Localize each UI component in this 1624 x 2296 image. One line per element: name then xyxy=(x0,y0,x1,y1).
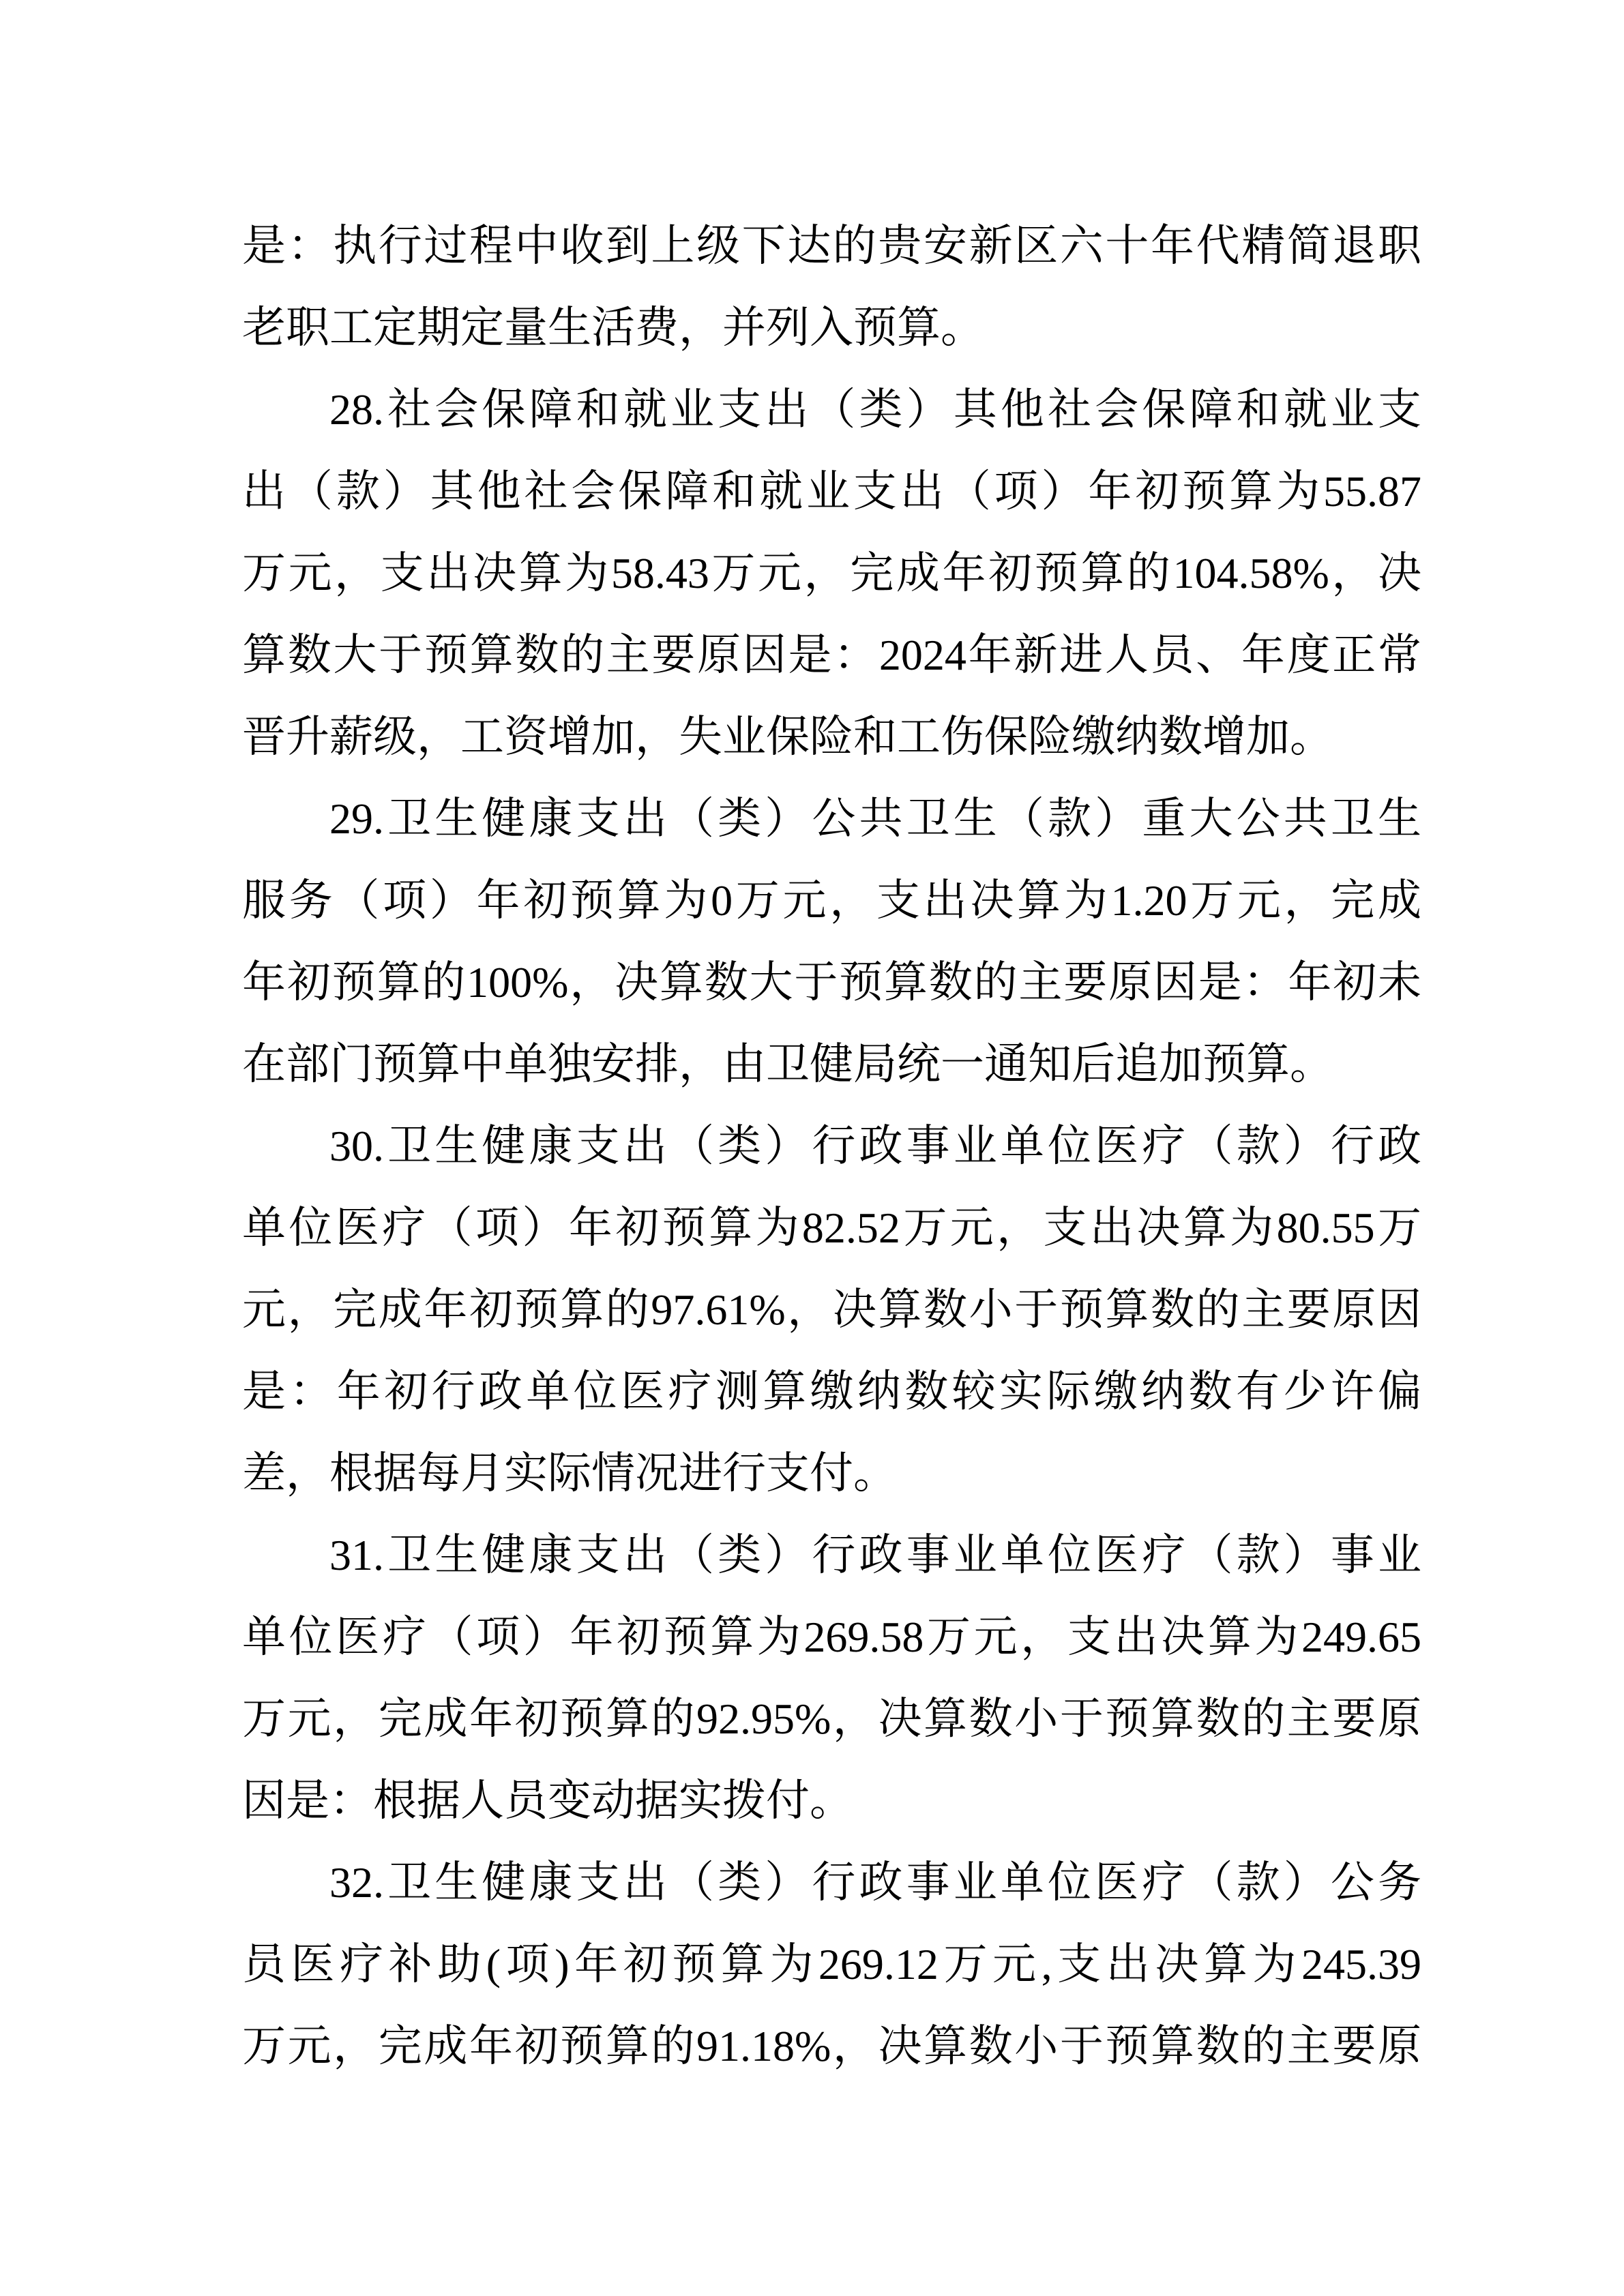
paragraph-31: 31.卫生健康支出（类）行政事业单位医疗（款）事业 单位医疗（项）年初预算为26… xyxy=(242,1515,1421,1842)
text-line: 老职工定期定量生活费，并列入预算。 xyxy=(242,287,1421,369)
text-line: 是：执行过程中收到上级下达的贵安新区六十年代精简退职 xyxy=(242,205,1421,287)
text-line: 29.卫生健康支出（类）公共卫生（款）重大公共卫生 xyxy=(242,778,1421,860)
text-line: 31.卫生健康支出（类）行政事业单位医疗（款）事业 xyxy=(242,1515,1421,1596)
paragraph-32: 32.卫生健康支出（类）行政事业单位医疗（款）公务 员医疗补助(项)年初预算为2… xyxy=(242,1842,1421,2087)
text-line: 因是：根据人员变动据实拨付。 xyxy=(242,1760,1421,1842)
text-line: 32.卫生健康支出（类）行政事业单位医疗（款）公务 xyxy=(242,1842,1421,1924)
text-line: 员医疗补助(项)年初预算为269.12万元,支出决算为245.39 xyxy=(242,1924,1421,2006)
text-line: 万元，支出决算为58.43万元，完成年初预算的104.58%，决 xyxy=(242,533,1421,614)
paragraph-27-continuation: 是：执行过程中收到上级下达的贵安新区六十年代精简退职 老职工定期定量生活费，并列… xyxy=(242,205,1421,369)
text-line: 单位医疗（项）年初预算为269.58万元，支出决算为249.65 xyxy=(242,1596,1421,1678)
text-line: 30.卫生健康支出（类）行政事业单位医疗（款）行政 xyxy=(242,1105,1421,1187)
page-text-block: 是：执行过程中收到上级下达的贵安新区六十年代精简退职 老职工定期定量生活费，并列… xyxy=(242,205,1421,2087)
text-line: 服务（项）年初预算为0万元，支出决算为1.20万元，完成 xyxy=(242,860,1421,942)
paragraph-28: 28.社会保障和就业支出（类）其他社会保障和就业支 出（款）其他社会保障和就业支… xyxy=(242,369,1421,778)
text-line: 出（款）其他社会保障和就业支出（项）年初预算为55.87 xyxy=(242,451,1421,533)
text-line: 晋升薪级，工资增加，失业保险和工伤保险缴纳数增加。 xyxy=(242,696,1421,778)
text-line: 差，根据每月实际情况进行支付。 xyxy=(242,1433,1421,1515)
text-line: 算数大于预算数的主要原因是：2024年新进人员、年度正常 xyxy=(242,614,1421,696)
text-line: 28.社会保障和就业支出（类）其他社会保障和就业支 xyxy=(242,369,1421,451)
paragraph-29: 29.卫生健康支出（类）公共卫生（款）重大公共卫生 服务（项）年初预算为0万元，… xyxy=(242,778,1421,1105)
paragraph-30: 30.卫生健康支出（类）行政事业单位医疗（款）行政 单位医疗（项）年初预算为82… xyxy=(242,1105,1421,1515)
text-line: 万元，完成年初预算的91.18%，决算数小于预算数的主要原 xyxy=(242,2006,1421,2087)
text-line: 在部门预算中单独安排，由卫健局统一通知后追加预算。 xyxy=(242,1024,1421,1105)
text-line: 单位医疗（项）年初预算为82.52万元，支出决算为80.55万 xyxy=(242,1187,1421,1269)
text-line: 元，完成年初预算的97.61%，决算数小于预算数的主要原因 xyxy=(242,1269,1421,1351)
text-line: 万元，完成年初预算的92.95%，决算数小于预算数的主要原 xyxy=(242,1678,1421,1760)
document-page: 是：执行过程中收到上级下达的贵安新区六十年代精简退职 老职工定期定量生活费，并列… xyxy=(0,0,1624,2296)
text-line: 是：年初行政单位医疗测算缴纳数较实际缴纳数有少许偏 xyxy=(242,1351,1421,1433)
text-line: 年初预算的100%，决算数大于预算数的主要原因是：年初未 xyxy=(242,942,1421,1024)
